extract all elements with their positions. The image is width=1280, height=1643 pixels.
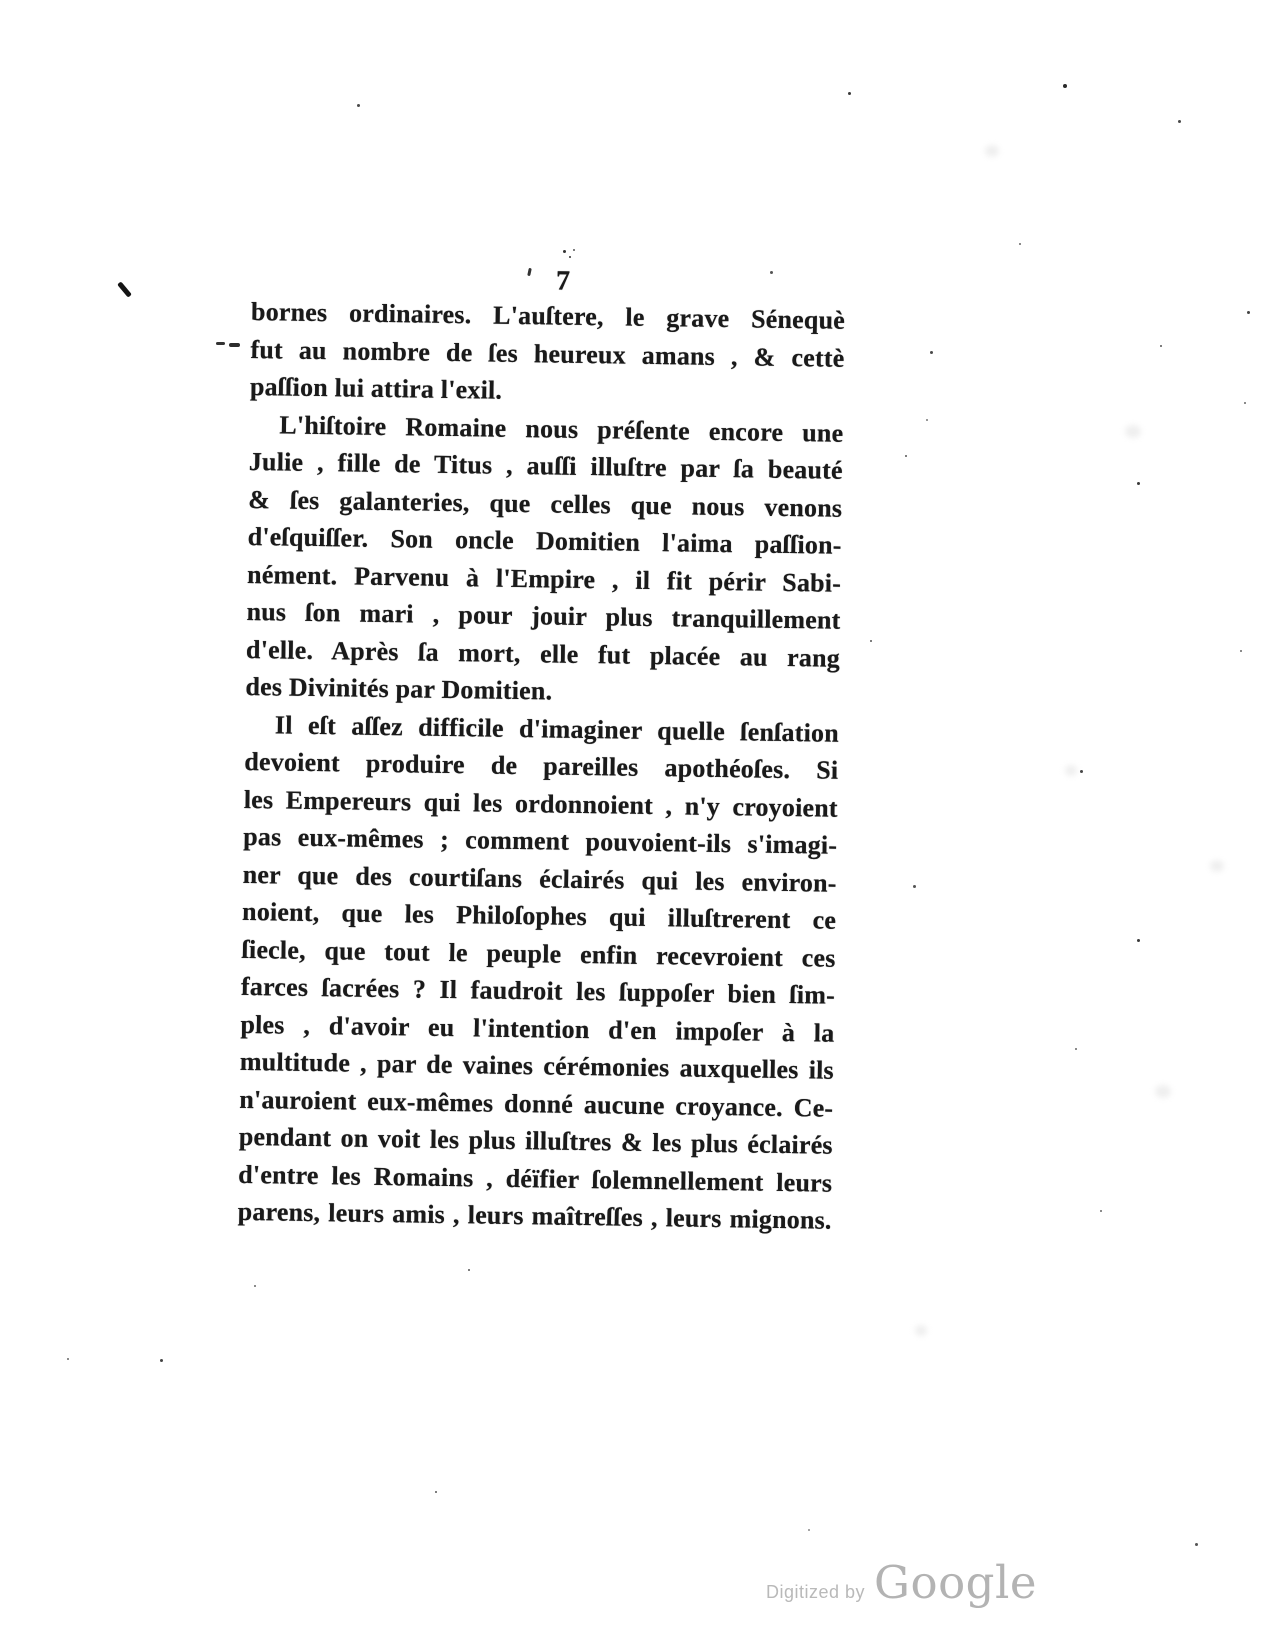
scan-speck — [1247, 311, 1250, 314]
ink-dash — [229, 343, 240, 347]
scan-speck — [357, 104, 360, 107]
scan-speck — [563, 250, 566, 253]
scan-blotch — [915, 1325, 927, 1336]
scan-speck — [1075, 1048, 1077, 1050]
scan-speck — [1178, 120, 1181, 123]
scan-speck — [770, 271, 773, 274]
scan-speck — [160, 1359, 163, 1362]
scan-speck — [1137, 939, 1140, 942]
scan-speck — [573, 249, 575, 251]
scan-speck — [1063, 84, 1067, 88]
scan-speck — [870, 640, 872, 642]
scan-speck — [569, 256, 571, 258]
text-block: 7 bornes ordinaires. L'auſtere, le grave… — [237, 248, 846, 1239]
scan-speck — [435, 1491, 437, 1493]
scan-speck — [1137, 482, 1140, 485]
ink-dash — [216, 342, 225, 345]
scan-speck — [391, 509, 393, 511]
scan-speck — [913, 885, 916, 888]
google-logo: Google — [874, 1556, 1037, 1609]
scan-speck — [1019, 243, 1021, 245]
watermark: Digitized by Google — [766, 1556, 1037, 1609]
scan-speck — [1240, 650, 1242, 652]
text-line: parens, leurs amis , leurs maîtreſſes , … — [237, 1193, 831, 1239]
scan-blotch — [1125, 425, 1141, 438]
scan-speck — [1100, 1210, 1102, 1212]
scan-blotch — [985, 145, 999, 157]
scan-speck — [848, 92, 851, 95]
scan-speck — [1160, 345, 1162, 347]
scan-speck — [905, 455, 907, 457]
scan-speck — [1195, 1543, 1198, 1546]
scan-speck — [1080, 770, 1083, 773]
scan-speck — [468, 1269, 470, 1271]
ink-stroke — [117, 281, 132, 297]
scan-speck — [930, 351, 933, 354]
digitized-by-label: Digitized by — [766, 1582, 865, 1603]
scan-speck — [926, 419, 928, 421]
scan-blotch — [1210, 860, 1224, 872]
scan-speck — [254, 1285, 256, 1287]
scan-blotch — [1065, 765, 1077, 776]
scan-blotch — [1155, 1085, 1171, 1098]
scan-speck — [1244, 402, 1246, 404]
scanned-book-page: 7 bornes ordinaires. L'auſtere, le grave… — [0, 0, 1280, 1643]
scan-speck — [808, 1529, 810, 1531]
scan-speck — [67, 1358, 69, 1360]
